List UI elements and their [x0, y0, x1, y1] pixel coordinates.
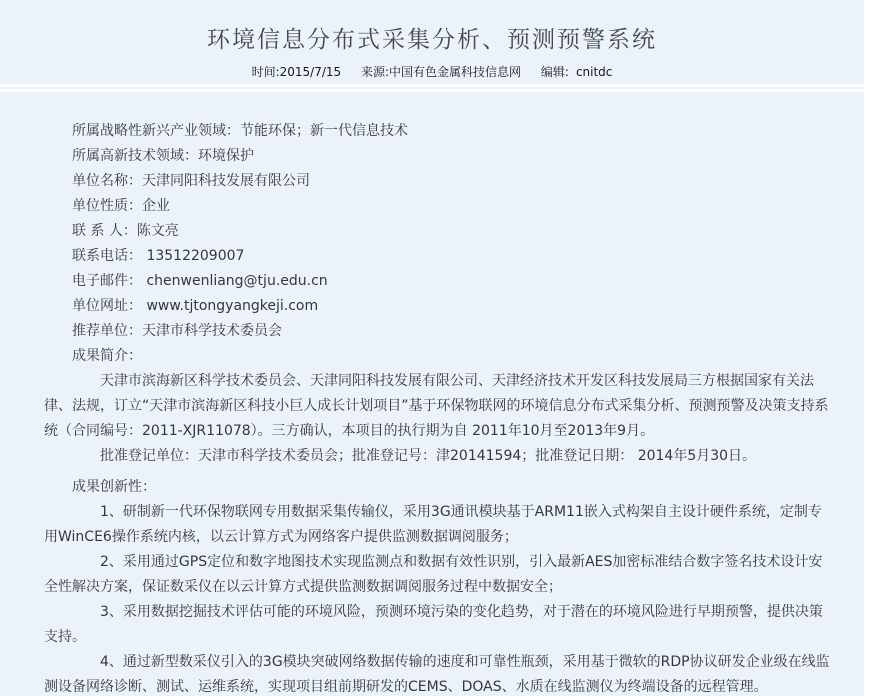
header-divider	[0, 84, 864, 92]
info-line-contact-person: 联 系 人：陈文亮	[44, 219, 830, 244]
innovation-item-4: 4、通过新型数采仪引入的3G模块突破网络数据传输的速度和可靠性瓶颈，采用基于微软…	[44, 650, 830, 696]
info-line-website: 单位网址： www.tjtongyangkeji.com	[44, 294, 830, 319]
section-heading-innovation: 成果创新性：	[44, 475, 830, 500]
info-line-email: 电子邮件： chenwenliang@tju.edu.cn	[44, 269, 830, 294]
article-body: 所属战略性新兴产业领域：节能环保；新一代信息技术 所属高新技术领域：环境保护 单…	[0, 92, 864, 696]
innovation-item-3: 3、采用数据挖掘技术评估可能的环境风险，预测环境污染的变化趋势，对于潜在的环境风…	[44, 600, 830, 650]
info-line-strategic-industry: 所属战略性新兴产业领域：节能环保；新一代信息技术	[44, 119, 830, 144]
meta-editor-label: 编辑:	[541, 65, 569, 79]
info-line-recommender: 推荐单位：天津市科学技术委员会	[44, 319, 830, 344]
innovation-item-2: 2、采用通过GPS定位和数字地图技术实现监测点和数据有效性识别，引入最新AES加…	[44, 550, 830, 600]
meta-source: 来源:中国有色金属科技信息网	[361, 65, 521, 79]
right-edge-strip	[864, 0, 872, 696]
content-area: 环境信息分布式采集分析、预测预警系统 时间:2015/7/15 来源:中国有色金…	[0, 0, 864, 696]
meta-time-label: 时间:	[252, 65, 280, 79]
page-title: 环境信息分布式采集分析、预测预警系统	[10, 27, 854, 54]
article-page: 环境信息分布式采集分析、预测预警系统 时间:2015/7/15 来源:中国有色金…	[0, 0, 872, 696]
info-line-unit-type: 单位性质：企业	[44, 194, 830, 219]
section-heading-intro: 成果简介：	[44, 344, 830, 369]
meta-source-label: 来源:	[361, 65, 389, 79]
intro-paragraph: 天津市滨海新区科学技术委员会、天津同阳科技发展有限公司、天津经济技术开发区科技发…	[44, 369, 830, 444]
meta-source-value: 中国有色金属科技信息网	[389, 65, 521, 79]
info-line-unit-name: 单位名称：天津同阳科技发展有限公司	[44, 169, 830, 194]
meta-editor: 编辑:cnitdc	[541, 65, 613, 79]
innovation-item-1: 1、研制新一代环保物联网专用数据采集传输仪，采用3G通讯模块基于ARM11嵌入式…	[44, 500, 830, 550]
meta-editor-value: cnitdc	[576, 65, 612, 79]
meta-time-value: 2015/7/15	[280, 65, 342, 79]
meta-time: 时间:2015/7/15	[252, 65, 342, 79]
intro-registration-paragraph: 批准登记单位：天津市科学技术委员会；批准登记号：津20141594；批准登记日期…	[44, 444, 830, 469]
info-line-hightech-field: 所属高新技术领域：环境保护	[44, 144, 830, 169]
article-meta: 时间:2015/7/15 来源:中国有色金属科技信息网 编辑:cnitdc	[0, 65, 864, 80]
info-line-contact-phone: 联系电话： 13512209007	[44, 244, 830, 269]
